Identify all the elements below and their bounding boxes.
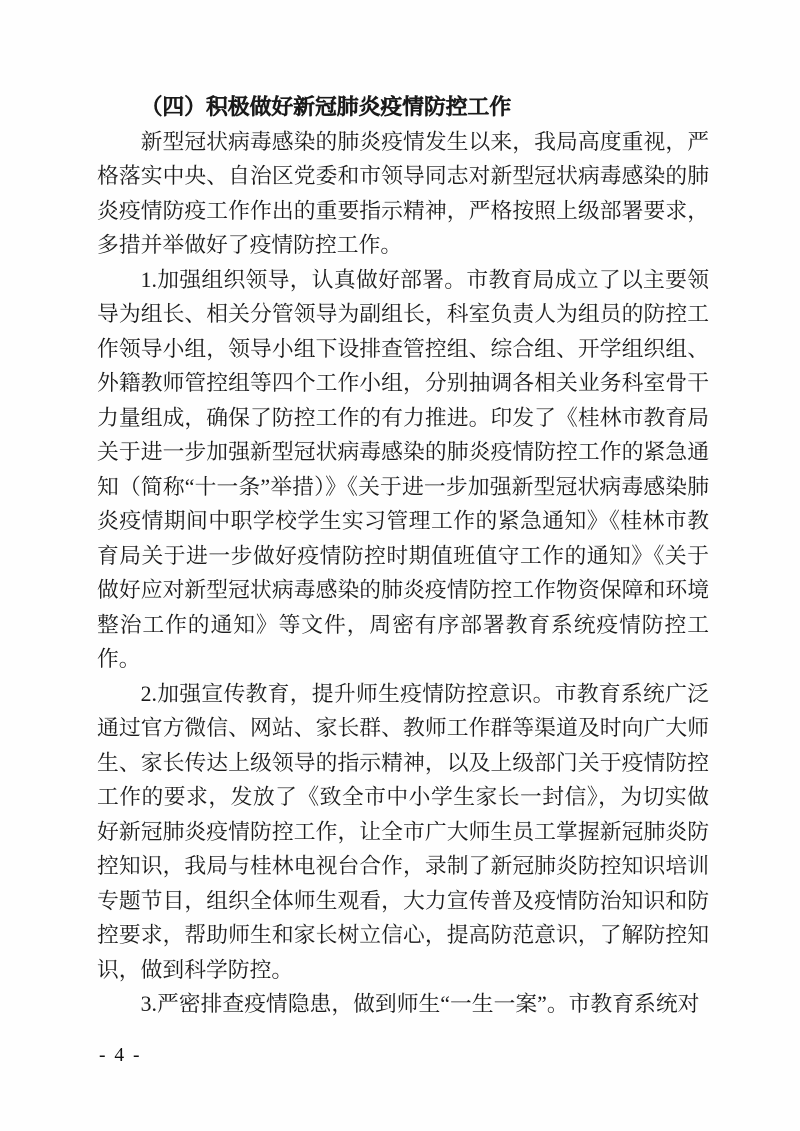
document-body: （四）积极做好新冠肺炎疫情防控工作 新型冠状病毒感染的肺炎疫情发生以来，我局高度… [97, 90, 709, 1022]
page-number: - 4 - [99, 1044, 142, 1068]
paragraph-item-1: 1.加强组织领导，认真做好部署。市教育局成立了以主要领导为组长、相关分管领导为副… [97, 263, 709, 677]
section-heading: （四）积极做好新冠肺炎疫情防控工作 [97, 90, 709, 125]
paragraph-item-2: 2.加强宣传教育，提升师生疫情防控意识。市教育系统广泛通过官方微信、网站、家长群… [97, 677, 709, 988]
paragraph-item-3: 3.严密排查疫情隐患，做到师生“一生一案”。市教育系统对 [97, 987, 709, 1022]
document-page: （四）积极做好新冠肺炎疫情防控工作 新型冠状病毒感染的肺炎疫情发生以来，我局高度… [0, 0, 800, 1131]
paragraph-intro: 新型冠状病毒感染的肺炎疫情发生以来，我局高度重视，严格落实中央、自治区党委和市领… [97, 125, 709, 263]
